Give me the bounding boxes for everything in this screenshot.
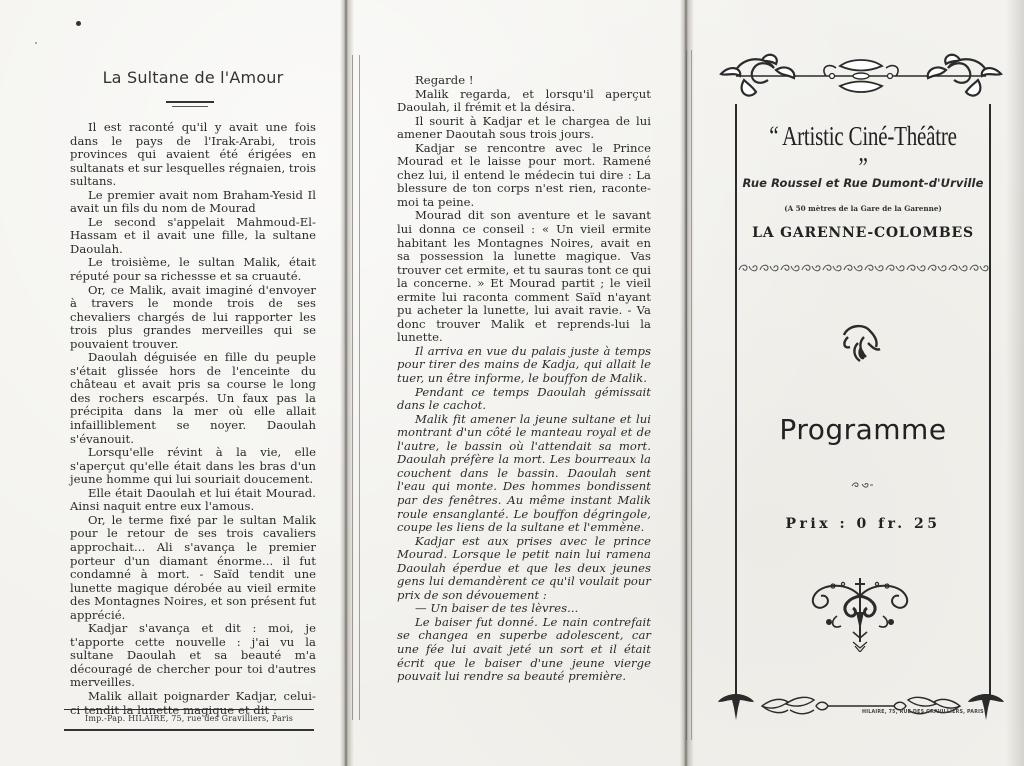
paragraph: Elle était Daoulah et lui était Mourad. … [70, 487, 316, 514]
printer-credit: HILAIRE, 75, RUE DES GRAVILLIERS, PARIS [862, 710, 984, 715]
paragraph: Or, le terme fixé par le sultan Malik po… [70, 514, 316, 622]
town-name: LA GARENNE-COLOMBES [737, 225, 989, 241]
bottom-vine-icon [716, 688, 1006, 724]
venue-address: Rue Roussel et Rue Dumont-d'Urville [737, 176, 989, 190]
imprint-line: Imp.-Pap. HILAIRE, 75, rue des Gravillie… [64, 714, 314, 723]
venue-name: “ Artistic Ciné-Théâtre ” [765, 121, 962, 183]
imprint-rule-bottom [64, 729, 314, 731]
paragraph: Or, ce Malik, avait imaginé d'envoyer à … [70, 284, 316, 352]
paragraph: Il sourit à Kadjar et le chargea de lui … [397, 115, 651, 142]
baroque-cartouche-icon [803, 576, 917, 652]
paragraph-italic: Malik fit amener la jeune sultane et lui… [397, 413, 651, 535]
top-vine-scroll-icon [716, 50, 1006, 110]
title-rule-thin [172, 106, 208, 107]
paragraph-italic: Il arriva en vue du palais juste à temps… [397, 345, 651, 386]
paragraph: Daoulah déguisée en fille du peuple s'ét… [70, 351, 316, 446]
story-column-middle: Regarde ! Malik regarda, et lorsqu'il ap… [397, 74, 651, 684]
fold-border-lines-left [352, 55, 360, 720]
paragraph: Regarde ! [397, 74, 651, 88]
paragraph: Mourad dit son aventure et le savant lui… [397, 209, 651, 344]
ink-speck [76, 21, 81, 26]
distance-note: (A 50 mètres de la Gare de la Garenne) [737, 204, 989, 213]
scroll-border-icon [737, 259, 989, 271]
ink-speck [35, 42, 37, 44]
title-rule [166, 101, 214, 103]
price-label: Prix : 0 fr. 25 [737, 516, 989, 532]
fold-border-lines-right [686, 50, 692, 740]
paper-edge-shadow [1006, 0, 1024, 766]
paragraph: Le premier avait nom Braham-Yesid Il ava… [70, 189, 316, 216]
cover-frame-left [735, 104, 737, 700]
fleuron-icon [838, 321, 884, 365]
paragraph: Kadjar se rencontre avec le Prince Moura… [397, 142, 651, 210]
cover-frame-right [989, 104, 991, 700]
paragraph: Lorsqu'elle révint à la vie, elle s'aper… [70, 446, 316, 487]
story-column-left: Il est raconté qu'il y avait une fois da… [70, 121, 316, 717]
paragraph-italic: Kadjar est aux prises avec le prince Mou… [397, 535, 651, 603]
paragraph: Il est raconté qu'il y avait une fois da… [70, 121, 316, 189]
programme-heading: Programme [737, 413, 989, 446]
small-scroll-icon [850, 474, 874, 482]
imprint-rule-top [64, 709, 314, 710]
paragraph-italic: Pendant ce temps Daoulah gémissait dans … [397, 386, 651, 413]
story-title: La Sultane de l'Amour [70, 68, 316, 87]
paragraph: Le troisième, le sultan Malik, était rép… [70, 256, 316, 283]
paragraph-italic: Le baiser fut donné. Le nain contrefait … [397, 616, 651, 684]
paragraph: Malik allait poignarder Kadjar, celui-ci… [70, 690, 316, 717]
paragraph-italic: — Un baiser de tes lèvres... [397, 602, 651, 616]
paragraph: Malik regarda, et lorsqu'il aperçut Daou… [397, 88, 651, 115]
paragraph: Le second s'appelait Mahmoud-El-Hassam e… [70, 216, 316, 257]
paragraph: Kadjar s'avança et dit : moi, je t'appor… [70, 622, 316, 690]
